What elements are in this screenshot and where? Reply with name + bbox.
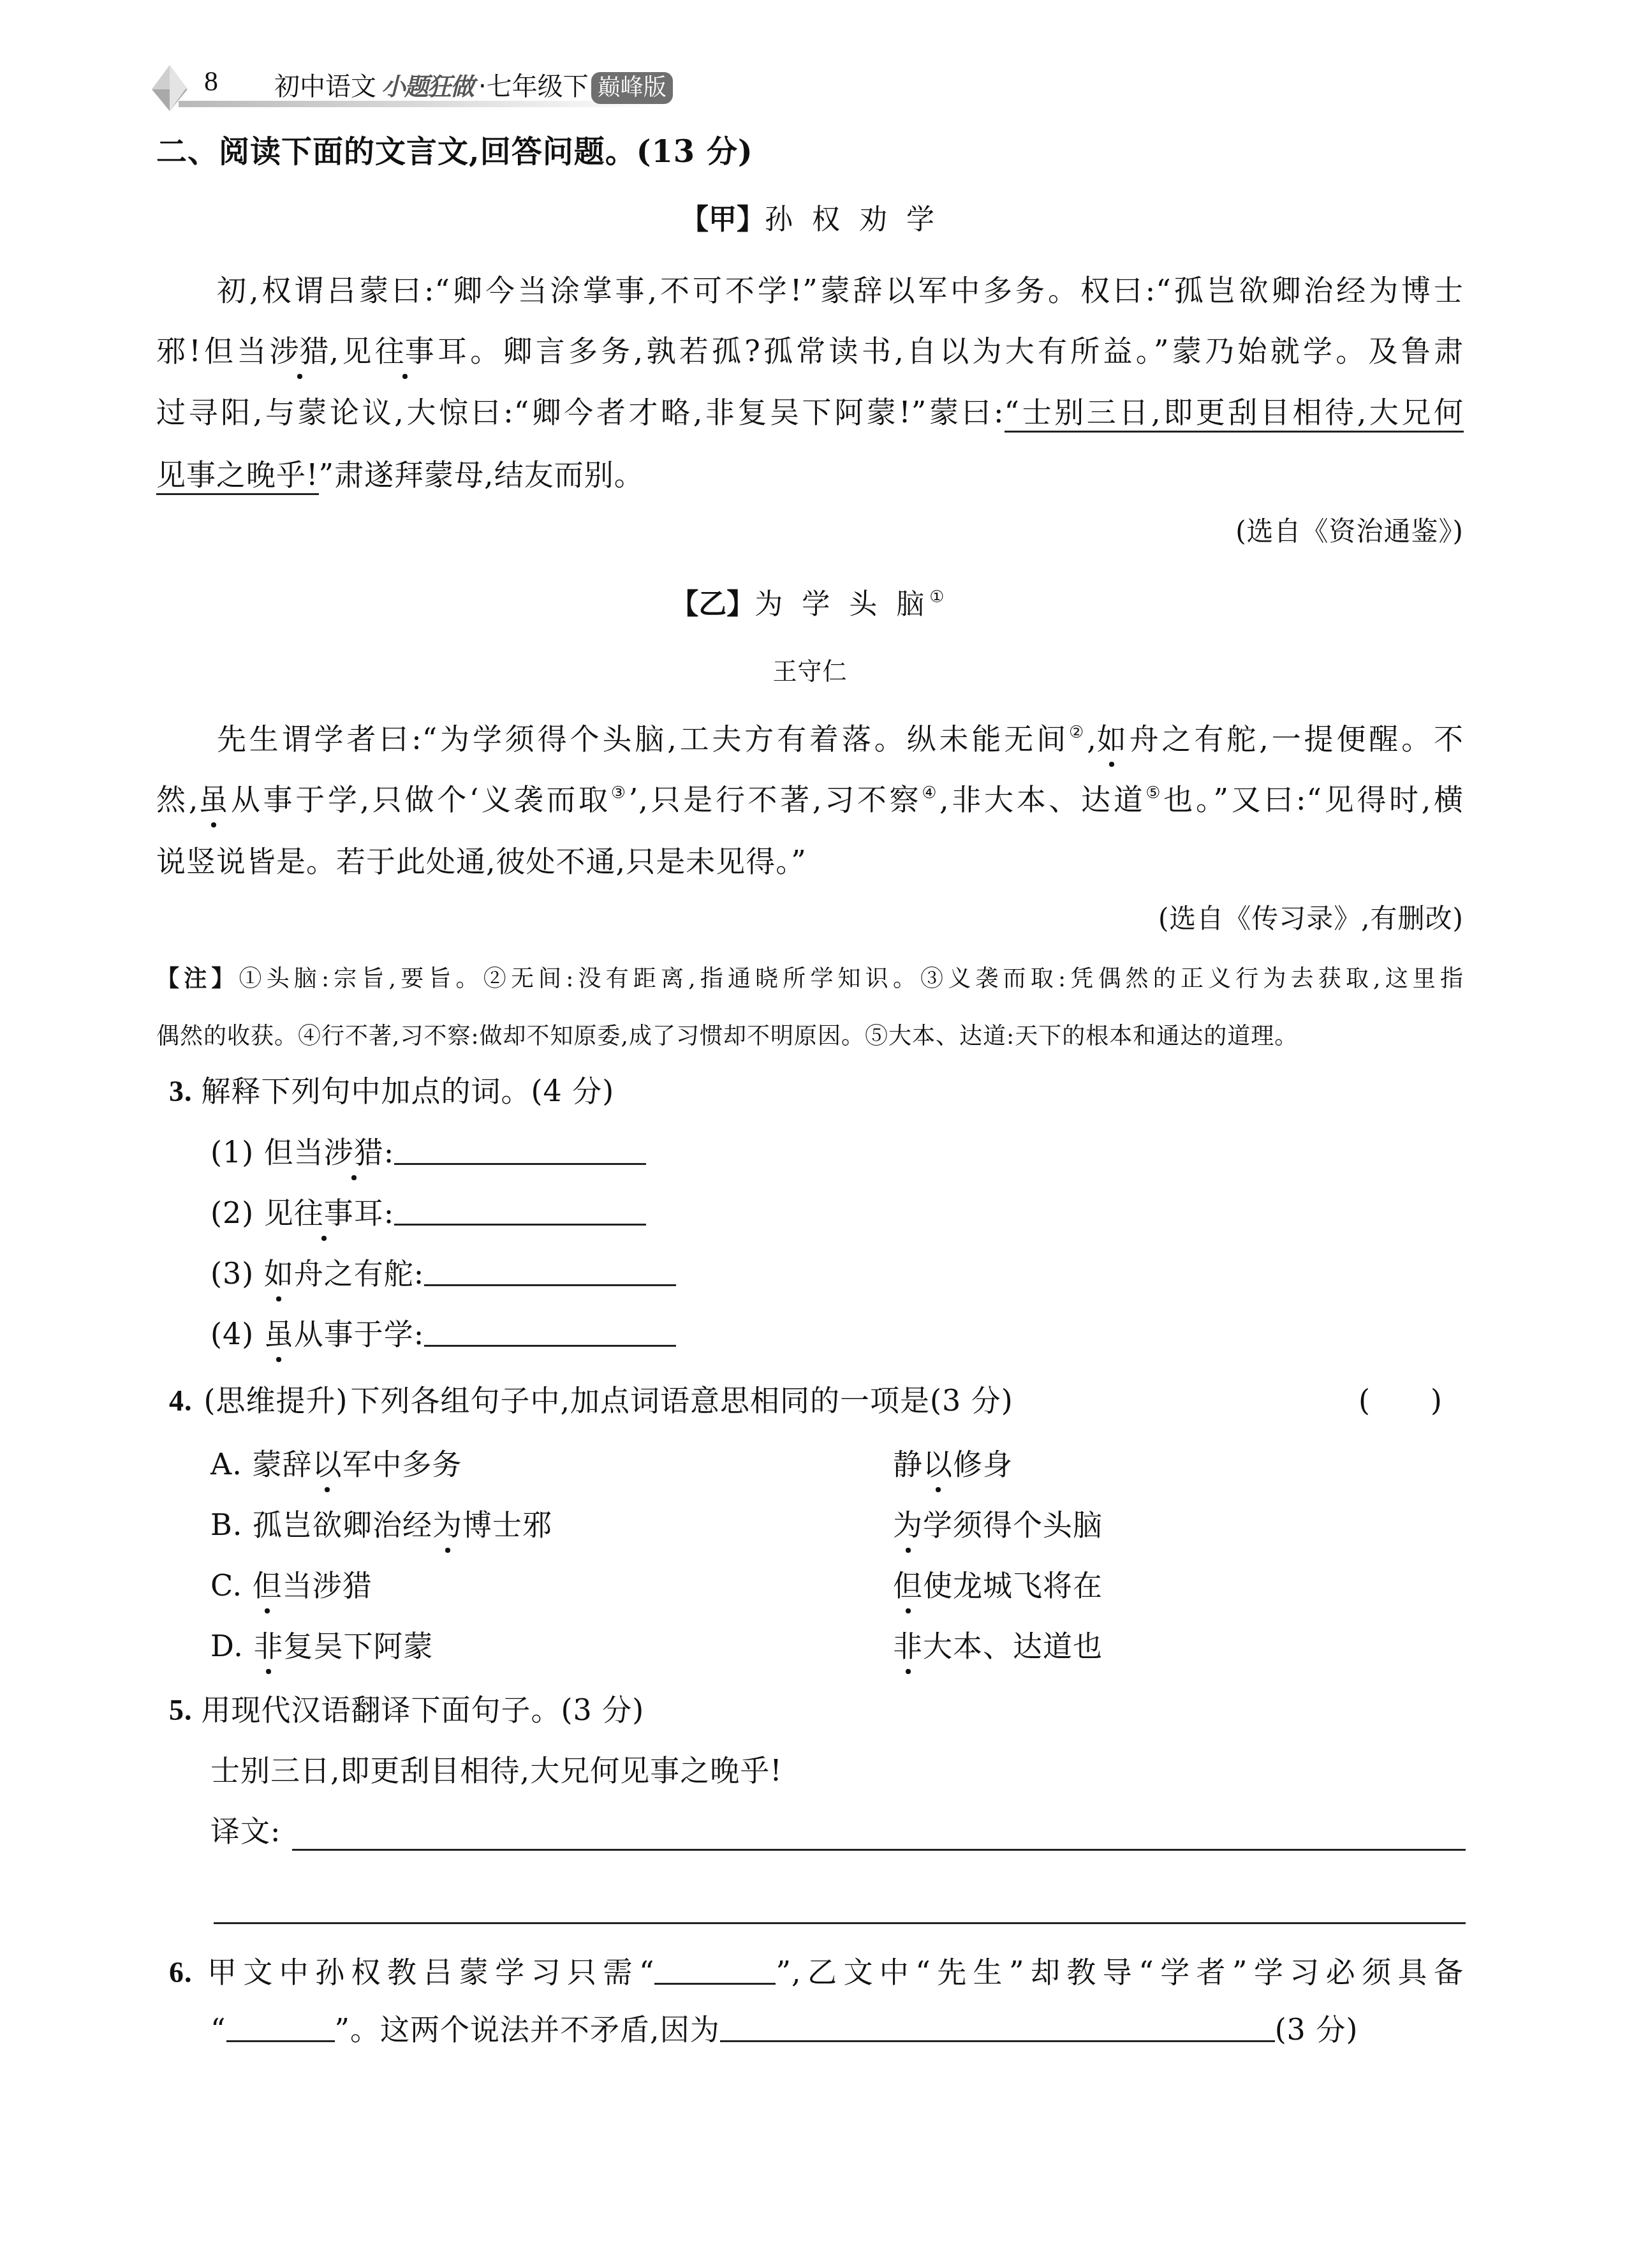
text: 复吴下阿蒙 — [284, 1629, 434, 1663]
text: 耳。卿言多务,孰若孤?孤常读书,自以为大有所益。”蒙乃始就学。及鲁肃 — [435, 334, 1464, 368]
text: 耳 — [354, 1196, 384, 1230]
dotted-word: 以 — [923, 1445, 953, 1483]
text: 军中多务 — [342, 1447, 462, 1481]
dotted-word: 涉猎 — [270, 332, 330, 370]
text: 甲文中孙权教吕蒙学习只需“ — [202, 1955, 655, 1989]
q4-option-d-left[interactable]: D. 非复吴下阿蒙 — [210, 1627, 848, 1665]
question-5: 5.用现代汉语翻译下面句子。(3 分) — [169, 1691, 1464, 1730]
dotted-word: 虽 — [198, 780, 228, 819]
text: : — [414, 1317, 425, 1351]
text: 修身 — [953, 1447, 1013, 1481]
question-4: 4.(思维提升)下列各组句子中,加点词语意思相同的一项是(3 分) — [169, 1381, 1464, 1420]
underlined-sentence: 见事之晚乎! — [156, 457, 319, 495]
passage-a-line-4: 见事之晚乎!”肃遂拜蒙母,结友而别。 — [156, 456, 1464, 494]
separator: · — [478, 72, 487, 101]
passage-a-line-3: 过寻阳,与蒙论议,大惊曰:“卿今者才略,非复吴下阿蒙!”蒙曰:“士别三日,即更刮… — [156, 393, 1464, 431]
q3-item-3: (3) 如舟之有舵: — [210, 1254, 1464, 1293]
score: (3 分) — [1275, 2012, 1358, 2047]
question-prompt: 解释下列句中加点的词。(4 分) — [202, 1074, 615, 1108]
text: 但当 — [264, 1135, 324, 1169]
text: : — [384, 1135, 395, 1169]
subject: 初中语文 — [274, 72, 376, 101]
q4-option-a-left[interactable]: A. 蒙辞以军中多务 — [210, 1445, 848, 1483]
footnote-marker: ④ — [922, 783, 939, 803]
question-number: 4. — [169, 1384, 193, 1417]
title-text: 为 学 头 脑 — [755, 588, 929, 621]
answer-blank[interactable] — [424, 1314, 676, 1347]
underlined-sentence: “士别三日,即更刮目相待,大兄何 — [1005, 395, 1464, 433]
text: 当涉猎 — [283, 1568, 372, 1603]
brand-logo: 小题狂做 — [381, 73, 473, 101]
question-number: 3. — [169, 1075, 193, 1108]
text: ’,只是行不著,习不察 — [629, 782, 922, 817]
q4-option-d-right: 非大本、达道也 — [893, 1627, 1403, 1665]
passage-b-author: 王守仁 — [156, 652, 1464, 690]
answer-blank[interactable] — [394, 1132, 646, 1165]
text: 静 — [893, 1447, 923, 1481]
dotted-word: 往事 — [375, 332, 435, 370]
passage-a-line-1: 初,权谓吕蒙曰:“卿今当涂掌事,不可不学!”蒙辞以军中多务。权曰:“孤岂欲卿治经… — [217, 271, 1464, 309]
text: 从事于学 — [294, 1317, 414, 1351]
passage-a-source: (选自《资治通鉴》) — [156, 512, 1464, 551]
q4-option-c-left[interactable]: C. 但当涉猎 — [210, 1566, 848, 1605]
text: : — [414, 1256, 425, 1291]
item-label: (2) — [210, 1196, 254, 1230]
text: ”肃遂拜蒙母,结友而别。 — [319, 457, 644, 492]
footnote-marker: ① — [929, 588, 949, 607]
text: ”。这两个说法并不矛盾,因为 — [335, 2012, 720, 2047]
text: 使龙城飞将在 — [923, 1568, 1103, 1603]
passage-a-title: 【甲】孙 权 劝 学 — [156, 201, 1464, 239]
text: 舟之有舵,一提便醒。不 — [1127, 722, 1464, 756]
text: 博士邪 — [462, 1508, 552, 1542]
thinking-badge: (思维提升) — [202, 1381, 351, 1419]
passage-a-line-2: 邪!但当涉猎,见往事耳。卿言多务,孰若孤?孤常读书,自以为大有所益。”蒙乃始就学… — [156, 332, 1464, 370]
q6-blank-3[interactable] — [720, 2010, 1275, 2042]
title-text: 孙 权 劝 学 — [765, 204, 939, 236]
text: , — [1087, 722, 1097, 756]
text: ,非大本、达道 — [939, 782, 1145, 817]
notes-line-1: 【注】①头脑:宗旨,要旨。②无间:没有距离,指通晓所学知识。③义袭而取:凭偶然的… — [156, 960, 1464, 998]
q6-blank-1[interactable] — [654, 1952, 776, 1985]
passage-b-source: (选自《传习录》,有删改) — [156, 900, 1464, 938]
dotted-word: 涉猎 — [324, 1133, 384, 1171]
passage-b-line-1: 先生谓学者曰:“为学须得个头脑,工夫方有着落。纵未能无间②,如舟之有舵,一提便醒… — [217, 720, 1464, 758]
answer-blank[interactable] — [394, 1193, 646, 1226]
text: 大本、达道也 — [923, 1629, 1103, 1663]
answer-blank[interactable] — [424, 1254, 676, 1286]
passage-b-line-2: 然,虽从事于学,只做个‘义袭而取③’,只是行不著,习不察④,非大本、达道⑤也。”… — [156, 780, 1464, 819]
q4-option-a-right: 静以修身 — [893, 1445, 1403, 1483]
passage-b-title: 【乙】为 学 头 脑① — [156, 586, 1464, 624]
dotted-word: 往事 — [294, 1194, 354, 1232]
q6-blank-2[interactable] — [226, 2010, 335, 2042]
text: 舟之有舵 — [294, 1256, 414, 1291]
option-letter: B. — [210, 1508, 242, 1542]
text: 先生谓学者曰:“为学须得个头脑,工夫方有着落。纵未能无间 — [217, 722, 1069, 756]
passage-b-line-3: 说竖说皆是。若于此处通,彼处不通,只是未见得。” — [156, 842, 1464, 880]
page-number: 8 — [204, 65, 218, 98]
text: “ — [210, 2012, 226, 2047]
q5-answer-line-1[interactable] — [292, 1849, 1466, 1851]
dotted-word: 非 — [893, 1627, 923, 1665]
text: 从事于学,只做个‘义袭而取 — [228, 782, 610, 817]
question-3: 3.解释下列句中加点的词。(4 分) — [169, 1072, 1464, 1111]
q3-item-1: (1) 但当涉猎: — [210, 1132, 1464, 1171]
dotted-word: 非 — [254, 1627, 284, 1665]
text: 见 — [264, 1196, 294, 1230]
footnote-marker: ⑤ — [1145, 783, 1163, 803]
text: ”,乙文中“先生”却教导“学者”学习必须具备 — [776, 1955, 1464, 1989]
dotted-word: 为 — [893, 1506, 923, 1544]
question-prompt: 下列各组句子中,加点词语意思相同的一项是(3 分) — [350, 1383, 1013, 1418]
question-prompt: 用现代汉语翻译下面句子。(3 分) — [202, 1693, 645, 1727]
footnote-marker: ② — [1069, 723, 1087, 742]
question-number: 6. — [169, 1956, 193, 1989]
text: 邪!但当 — [156, 334, 270, 368]
q3-item-2: (2) 见往事耳: — [210, 1193, 1464, 1232]
text: : — [384, 1196, 395, 1230]
notes-line-2: 偶然的收获。④行不著,习不察:做却不知原委,成了习惯却不明原因。⑤大本、达道:天… — [156, 1018, 1464, 1056]
dotted-word: 虽 — [264, 1315, 294, 1353]
dotted-word: 为 — [432, 1506, 462, 1544]
title-bracket: 【甲】 — [681, 204, 765, 236]
option-letter: A. — [210, 1447, 242, 1481]
item-label: (4) — [210, 1317, 254, 1351]
text: 蒙辞 — [252, 1447, 312, 1481]
dotted-word: 以 — [312, 1445, 342, 1483]
text: 过寻阳,与蒙论议,大惊曰:“卿今者才略,非复吴下阿蒙!”蒙曰: — [156, 395, 1005, 429]
answer-bracket[interactable]: ( ) — [1358, 1381, 1467, 1419]
q4-option-b-right: 为学须得个头脑 — [893, 1506, 1403, 1544]
q5-answer-label: 译文: — [210, 1812, 1464, 1850]
text: 学须得个头脑 — [923, 1508, 1103, 1542]
q4-option-b-left[interactable]: B. 孤岂欲卿治经为博士邪 — [210, 1506, 848, 1544]
question-number: 5. — [169, 1694, 193, 1726]
q5-answer-line-2[interactable] — [214, 1922, 1466, 1924]
text: 孤岂欲卿治经 — [253, 1508, 432, 1542]
q4-option-c-right: 但使龙城飞将在 — [893, 1566, 1403, 1605]
dotted-word: 如 — [264, 1254, 294, 1293]
q5-sentence: 士别三日,即更刮目相待,大兄何见事之晚乎! — [210, 1751, 1464, 1790]
section-heading: 二、阅读下面的文言文,回答问题。(13 分) — [156, 133, 1464, 171]
item-label: (3) — [210, 1256, 254, 1291]
item-label: (1) — [210, 1135, 254, 1169]
book-title: 初中语文小题狂做·七年级下巅峰版 — [274, 66, 673, 104]
edition-badge: 巅峰版 — [591, 72, 673, 104]
question-6-line-2: “”。这两个说法并不矛盾,因为(3 分) — [210, 2010, 1464, 2049]
option-letter: D. — [210, 1629, 244, 1663]
page-header: 8 初中语文小题狂做·七年级下巅峰版 — [147, 63, 695, 114]
notes-label: 【注】 — [156, 966, 239, 992]
text: ①头脑:宗旨,要旨。②无间:没有距离,指通晓所学知识。③义袭而取:凭偶然的正义行… — [239, 966, 1464, 992]
footnote-marker: ③ — [611, 783, 629, 803]
q3-item-4: (4) 虽从事于学: — [210, 1314, 1464, 1353]
question-6-line-1: 6.甲文中孙权教吕蒙学习只需“”,乙文中“先生”却教导“学者”学习必须具备 — [169, 1952, 1464, 1992]
text: 然, — [156, 782, 198, 817]
dotted-word: 但 — [253, 1566, 283, 1605]
dotted-word: 但 — [893, 1566, 923, 1605]
text: 也。”又曰:“见得时,横 — [1163, 782, 1464, 817]
grade: 七年级下 — [487, 72, 589, 101]
dotted-word: 如 — [1097, 720, 1127, 758]
option-letter: C. — [210, 1568, 242, 1603]
text: ,见 — [330, 334, 375, 368]
title-bracket: 【乙】 — [670, 588, 755, 621]
